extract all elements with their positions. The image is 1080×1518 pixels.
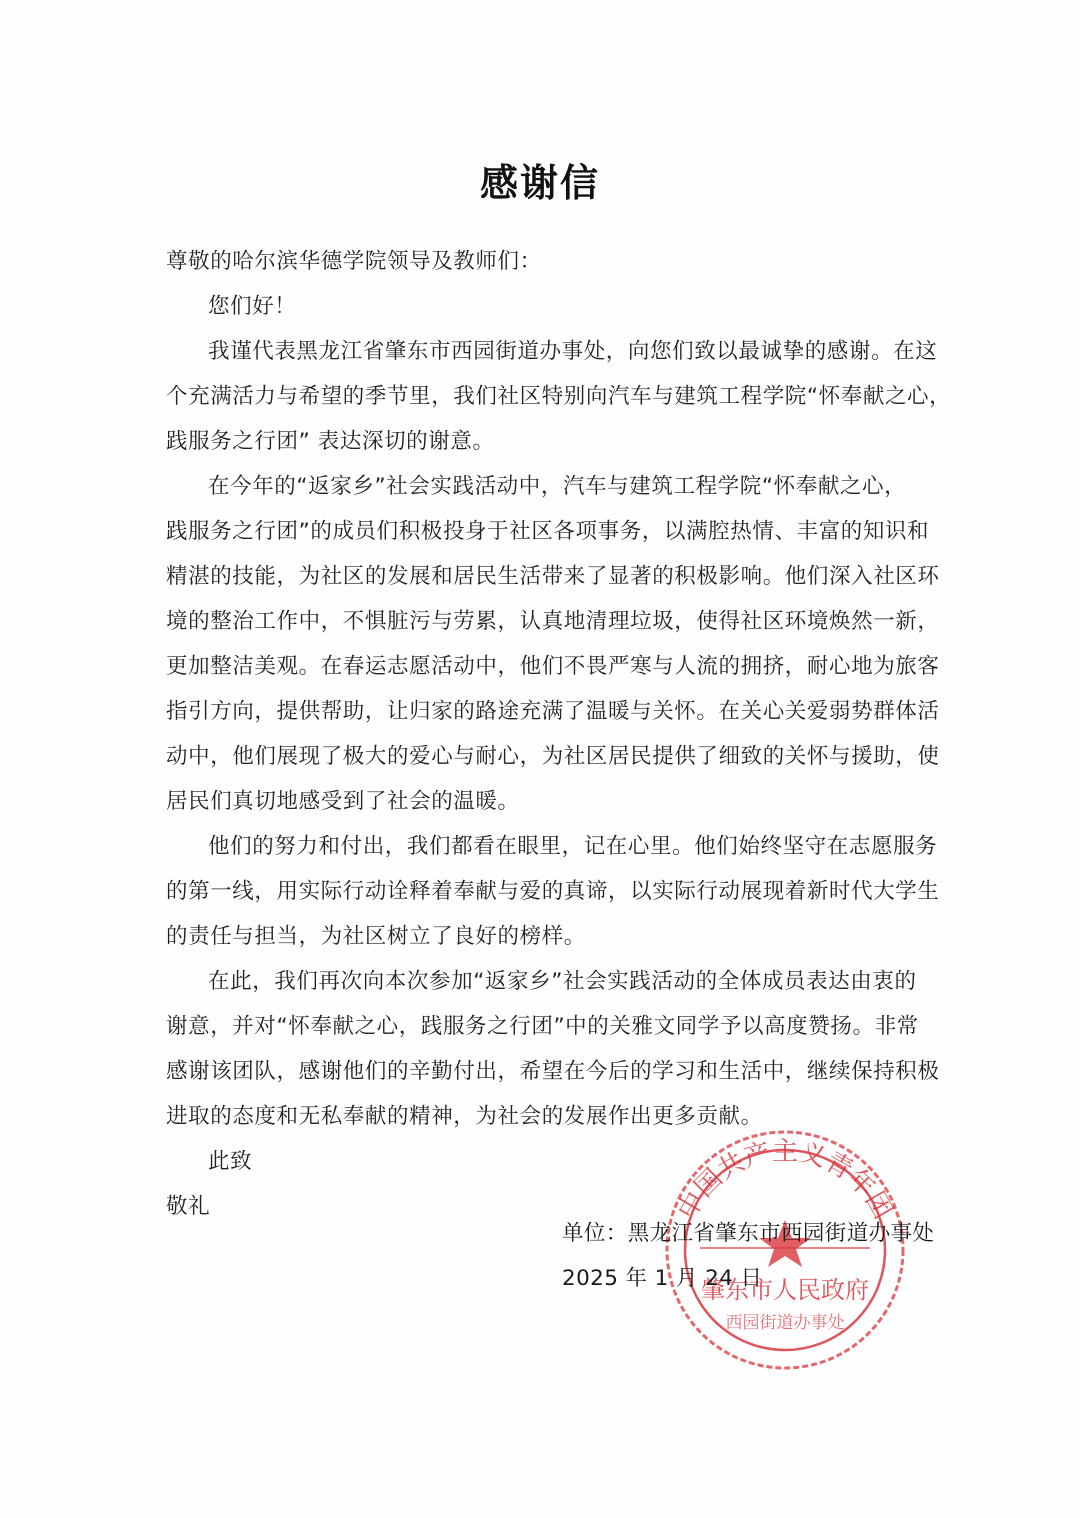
paragraph-line: 更加整洁美观。在春运志愿活动中，他们不畏严寒与人流的拥挤，耐心地为旅客 (166, 653, 940, 681)
svg-text:中国共产主义青年团: 中国共产主义青年团 (672, 1137, 898, 1224)
paragraph-line: 践服务之行团” 表达深切的谢意。 (166, 428, 495, 456)
paragraph-line: 感谢该团队，感谢他们的辛勤付出，希望在今后的学习和生活中，继续保持积极 (166, 1058, 940, 1086)
signature-date: 2025 年 1 月 24 日 (562, 1265, 762, 1293)
signature-unit: 单位：黑龙江省肇东市西园街道办事处 (562, 1220, 934, 1248)
paragraph-line: 境的整治工作中，不惧脏污与劳累，认真地清理垃圾，使得社区环境焕然一新， (166, 608, 940, 636)
paragraph-line: 在今年的“返家乡”社会实践活动中，汽车与建筑工程学院“怀奉献之心， (208, 473, 906, 501)
paragraph-line: 指引方向，提供帮助，让归家的路途充满了温暖与关怀。在关心关爱弱势群体活 (166, 698, 940, 726)
paragraph-line: 践服务之行团”的成员们积极投身于社区各项事务，以满腔热情、丰富的知识和 (166, 518, 929, 546)
paragraph-line: 他们的努力和付出，我们都看在眼里，记在心里。他们始终坚守在志愿服务 (208, 833, 937, 861)
paragraph-line: 在此，我们再次向本次参加“返家乡”社会实践活动的全体成员表达由衷的 (208, 968, 917, 996)
paragraph-line: 的第一线，用实际行动诠释着奉献与爱的真谛，以实际行动展现着新时代大学生 (166, 878, 940, 906)
paragraph-line: 的责任与担当，为社区树立了良好的榜样。 (166, 923, 586, 951)
seal-outer-text: 中国共产主义青年团 (672, 1137, 898, 1224)
paragraph-line: 居民们真切地感受到了社会的温暖。 (166, 788, 520, 816)
letter-page: 感谢信 尊敬的哈尔滨华德学院领导及教师们： 您们好！ 我谨代表黑龙江省肇东市西园… (0, 0, 1080, 1518)
letter-title: 感谢信 (0, 152, 1080, 207)
paragraph-line: 精湛的技能，为社区的发展和居民生活带来了显著的积极影响。他们深入社区环 (166, 563, 940, 591)
paragraph-line: 我谨代表黑龙江省肇东市西园街道办事处，向您们致以最诚挚的感谢。在这 (208, 338, 937, 366)
paragraph-line: 谢意，并对“怀奉献之心，践服务之行团”中的关雅文同学予以高度赞扬。非常 (166, 1013, 919, 1041)
paragraph-line: 个充满活力与希望的季节里，我们社区特别向汽车与建筑工程学院“怀奉献之心， (166, 383, 951, 411)
closing-line-1: 此致 (208, 1148, 252, 1176)
seal-inner-text: 西园街道办事处 (726, 1313, 845, 1333)
salutation: 尊敬的哈尔滨华德学院领导及教师们： (166, 248, 542, 276)
greeting: 您们好！ (208, 293, 296, 321)
closing-line-2: 敬礼 (166, 1193, 210, 1221)
paragraph-line: 动中，他们展现了极大的爱心与耐心，为社区居民提供了细致的关怀与援助，使 (166, 743, 940, 771)
